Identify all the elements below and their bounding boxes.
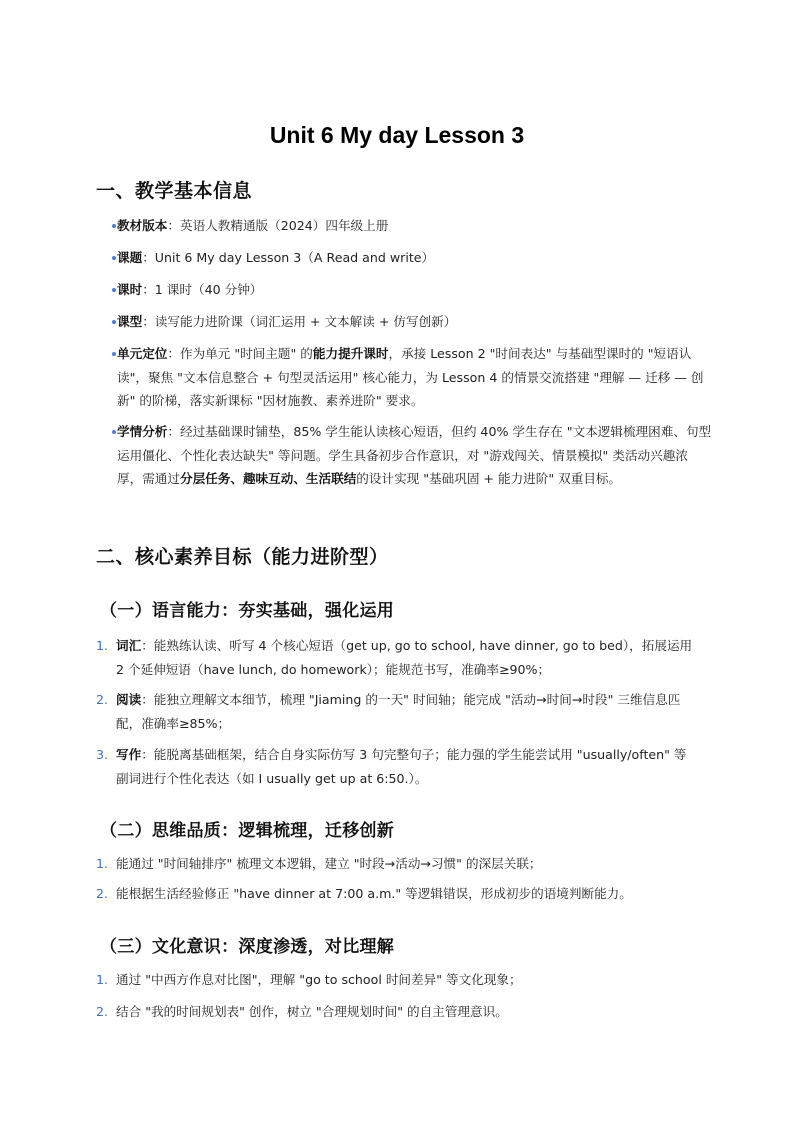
item-number: 1. (96, 968, 108, 992)
item-text: 能通过 "时间轴排序" 梳理文本逻辑，建立 "时段→活动→习惯" 的深层关联； (116, 852, 696, 876)
bullet-icon (112, 430, 116, 434)
item-number: 2. (96, 1000, 108, 1024)
subsection-heading-language: （一）语言能力：夯实基础，强化运用 (100, 596, 394, 621)
item-text: 能根据生活经验修正 "have dinner at 7:00 a.m." 等逻辑… (116, 882, 696, 906)
item-emphasis: 分层任务、趣味互动、生活联结 (180, 471, 356, 486)
item-number: 1. (96, 852, 108, 876)
item-label: 阅读 (116, 692, 141, 707)
item-text: 能熟练认读、听写 4 个核心短语（get up, go to school, h… (116, 638, 692, 677)
numbered-item: 2. 能根据生活经验修正 "have dinner at 7:00 a.m." … (96, 882, 696, 906)
item-label: 课题 (117, 250, 142, 265)
section-heading-core-goals: 二、核心素养目标（能力进阶型） (96, 542, 389, 569)
numbered-item: 2. 结合 "我的时间规划表" 创作，树立 "合理规划时间" 的自主管理意识。 (96, 1000, 696, 1024)
numbered-item-vocabulary: 1. 词汇：能熟练认读、听写 4 个核心短语（get up, go to sch… (96, 634, 696, 681)
item-label: 词汇 (116, 638, 141, 653)
separator: ： (167, 424, 180, 439)
item-text: 能脱离基础框架，结合自身实际仿写 3 句完整句子；能力强的学生能尝试用 "usu… (116, 747, 687, 786)
separator: ： (142, 282, 155, 297)
item-text: 结合 "我的时间规划表" 创作，树立 "合理规划时间" 的自主管理意识。 (116, 1000, 696, 1024)
bullet-icon (112, 320, 116, 324)
item-text: 作为单元 "时间主题" 的 (180, 346, 313, 361)
bullet-icon (112, 256, 116, 260)
list-item-learner-analysis: 学情分析：经过基础课时铺垫，85% 学生能认读核心短语，但约 40% 学生存在 … (112, 420, 712, 491)
bullet-icon (112, 224, 116, 228)
section-heading-basic-info: 一、教学基本信息 (96, 176, 252, 203)
document-title: Unit 6 My day Lesson 3 (0, 122, 794, 149)
list-item-lesson-type: 课型：读写能力进阶课（词汇运用 + 文本解读 + 仿写创新） (112, 310, 712, 334)
item-label: 课时 (117, 282, 142, 297)
separator: ： (167, 218, 180, 233)
item-emphasis: 能力提升课时 (313, 346, 389, 361)
separator: ： (142, 314, 155, 329)
numbered-item: 1. 能通过 "时间轴排序" 梳理文本逻辑，建立 "时段→活动→习惯" 的深层关… (96, 852, 696, 876)
bullet-icon (112, 352, 116, 356)
item-text: Unit 6 My day Lesson 3（A Read and write） (155, 250, 434, 265)
separator: ： (141, 638, 154, 653)
item-text: 能独立理解文本细节，梳理 "Jiaming 的一天" 时间轴；能完成 "活动→时… (116, 692, 680, 731)
item-number: 2. (96, 688, 108, 712)
item-label: 学情分析 (117, 424, 167, 439)
item-label: 写作 (116, 747, 141, 762)
subsection-heading-culture: （三）文化意识：深度渗透，对比理解 (100, 932, 394, 957)
item-text: 通过 "中西方作息对比图"，理解 "go to school 时间差异" 等文化… (116, 968, 696, 992)
list-item-topic: 课题：Unit 6 My day Lesson 3（A Read and wri… (112, 246, 712, 270)
numbered-item-writing: 3. 写作：能脱离基础框架，结合自身实际仿写 3 句完整句子；能力强的学生能尝试… (96, 743, 696, 790)
numbered-item-reading: 2. 阅读：能独立理解文本细节，梳理 "Jiaming 的一天" 时间轴；能完成… (96, 688, 696, 735)
separator: ： (167, 346, 180, 361)
document-page: Unit 6 My day Lesson 3 一、教学基本信息 教材版本：英语人… (0, 0, 794, 1123)
list-item-duration: 课时：1 课时（40 分钟） (112, 278, 712, 302)
item-number: 1. (96, 634, 108, 658)
list-item-unit-position: 单元定位：作为单元 "时间主题" 的能力提升课时，承接 Lesson 2 "时间… (112, 342, 712, 413)
separator: ： (141, 747, 154, 762)
bullet-icon (112, 288, 116, 292)
item-number: 2. (96, 882, 108, 906)
item-label: 课型 (117, 314, 142, 329)
item-text: 英语人教精通版（2024）四年级上册 (180, 218, 388, 233)
item-label: 单元定位 (117, 346, 167, 361)
item-label: 教材版本 (117, 218, 167, 233)
list-item-textbook: 教材版本：英语人教精通版（2024）四年级上册 (112, 214, 712, 238)
separator: ： (141, 692, 154, 707)
separator: ： (142, 250, 155, 265)
item-text: 1 课时（40 分钟） (155, 282, 263, 297)
item-text: 读写能力进阶课（词汇运用 + 文本解读 + 仿写创新） (155, 314, 457, 329)
item-number: 3. (96, 743, 108, 767)
subsection-heading-thinking: （二）思维品质：逻辑梳理，迁移创新 (100, 816, 394, 841)
numbered-item: 1. 通过 "中西方作息对比图"，理解 "go to school 时间差异" … (96, 968, 696, 992)
item-text: 的设计实现 "基础巩固 + 能力进阶" 双重目标。 (356, 471, 621, 486)
